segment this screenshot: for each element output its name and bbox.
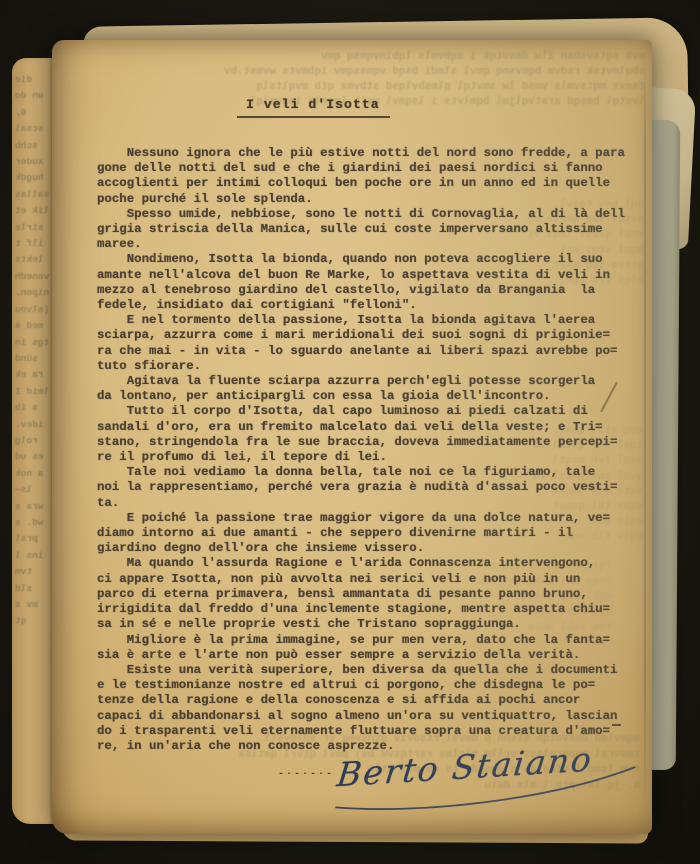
typed-divider-mark: -·-·-·- bbox=[278, 769, 334, 780]
document-page: mvb sqtsvsban ilw dmsvtqk i aqbvmls lqbi… bbox=[52, 40, 652, 834]
book-scan: die un do G, scsal schb xuder hugdk sall… bbox=[0, 0, 700, 864]
facing-page-bleedthrough-text: die un do G, scsal schb xuder hugdk sall… bbox=[15, 72, 53, 630]
typewritten-body-text: Nessuno ignora che le più estive notti d… bbox=[97, 146, 625, 754]
paper-fold-line bbox=[644, 58, 646, 810]
continuation-underline-mark bbox=[612, 724, 621, 726]
page-title: I veli d'Isotta bbox=[237, 97, 390, 118]
